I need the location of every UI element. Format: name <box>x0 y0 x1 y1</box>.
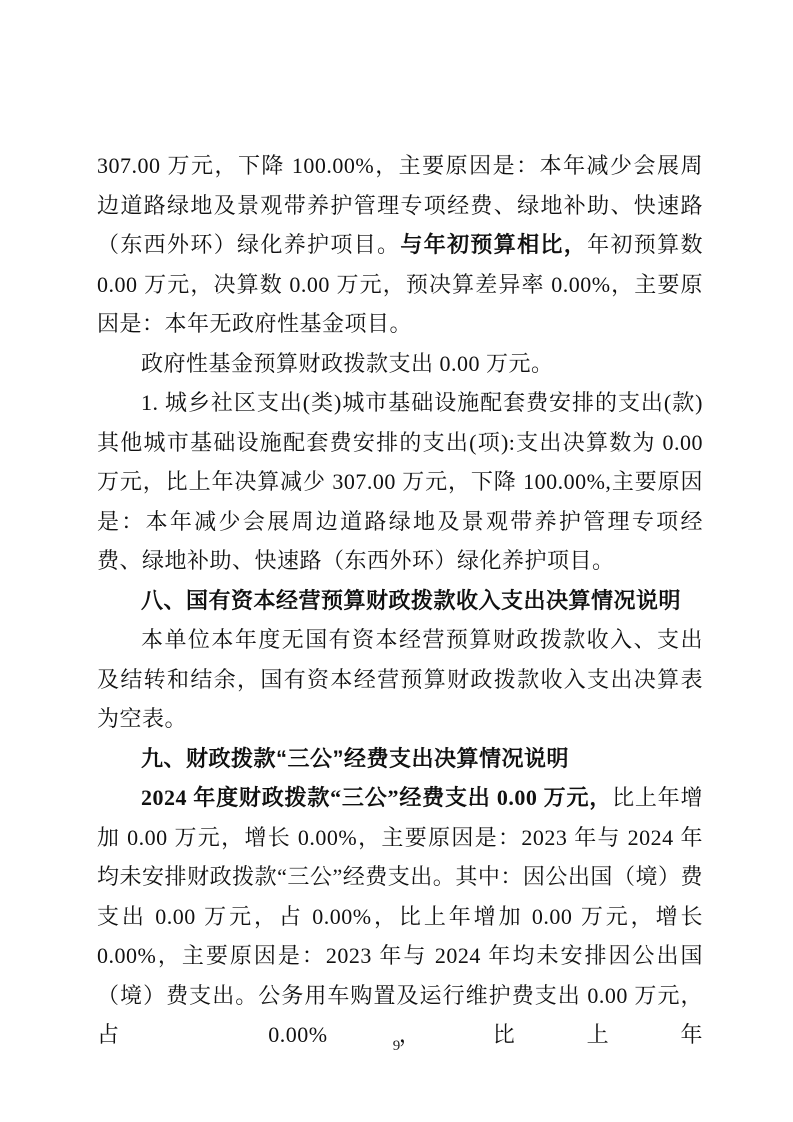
text-run: 比上年增加 0.00 万元，增长 0.00%，主要原因是：2023 年与 202… <box>97 785 703 1047</box>
heading-section-8-state-capital: 八、国有资本经营预算财政拨款收入支出决算情况说明 <box>97 581 703 621</box>
page-number: 9 <box>0 1036 793 1056</box>
text-run-bold: 2024 年度财政拨款“三公”经费支出 0.00 万元， <box>141 785 612 810</box>
heading-section-9-three-public: 九、财政拨款“三公”经费支出决算情况说明 <box>97 739 703 779</box>
document-page: 307.00 万元，下降 100.00%，主要原因是：本年减少会展周边道路绿地及… <box>0 0 793 1122</box>
paragraph-urban-community-expenditure: 1. 城乡社区支出(类)城市基础设施配套费安排的支出(款)其他城市基础设施配套费… <box>97 383 703 581</box>
paragraph-state-capital-note: 本单位本年度无国有资本经营预算财政拨款收入、支出及结转和结余，国有资本经营预算财… <box>97 620 703 739</box>
paragraph-gov-fund-variance: 307.00 万元，下降 100.00%，主要原因是：本年减少会展周边道路绿地及… <box>97 146 703 344</box>
paragraph-three-public-expenditure: 2024 年度财政拨款“三公”经费支出 0.00 万元，比上年增加 0.00 万… <box>97 778 703 1055</box>
paragraph-gov-fund-expenditure: 政府性基金预算财政拨款支出 0.00 万元。 <box>97 344 703 384</box>
text-run-bold: 与年初预算相比， <box>400 232 587 257</box>
document-body: 307.00 万元，下降 100.00%，主要原因是：本年减少会展周边道路绿地及… <box>97 146 703 1055</box>
